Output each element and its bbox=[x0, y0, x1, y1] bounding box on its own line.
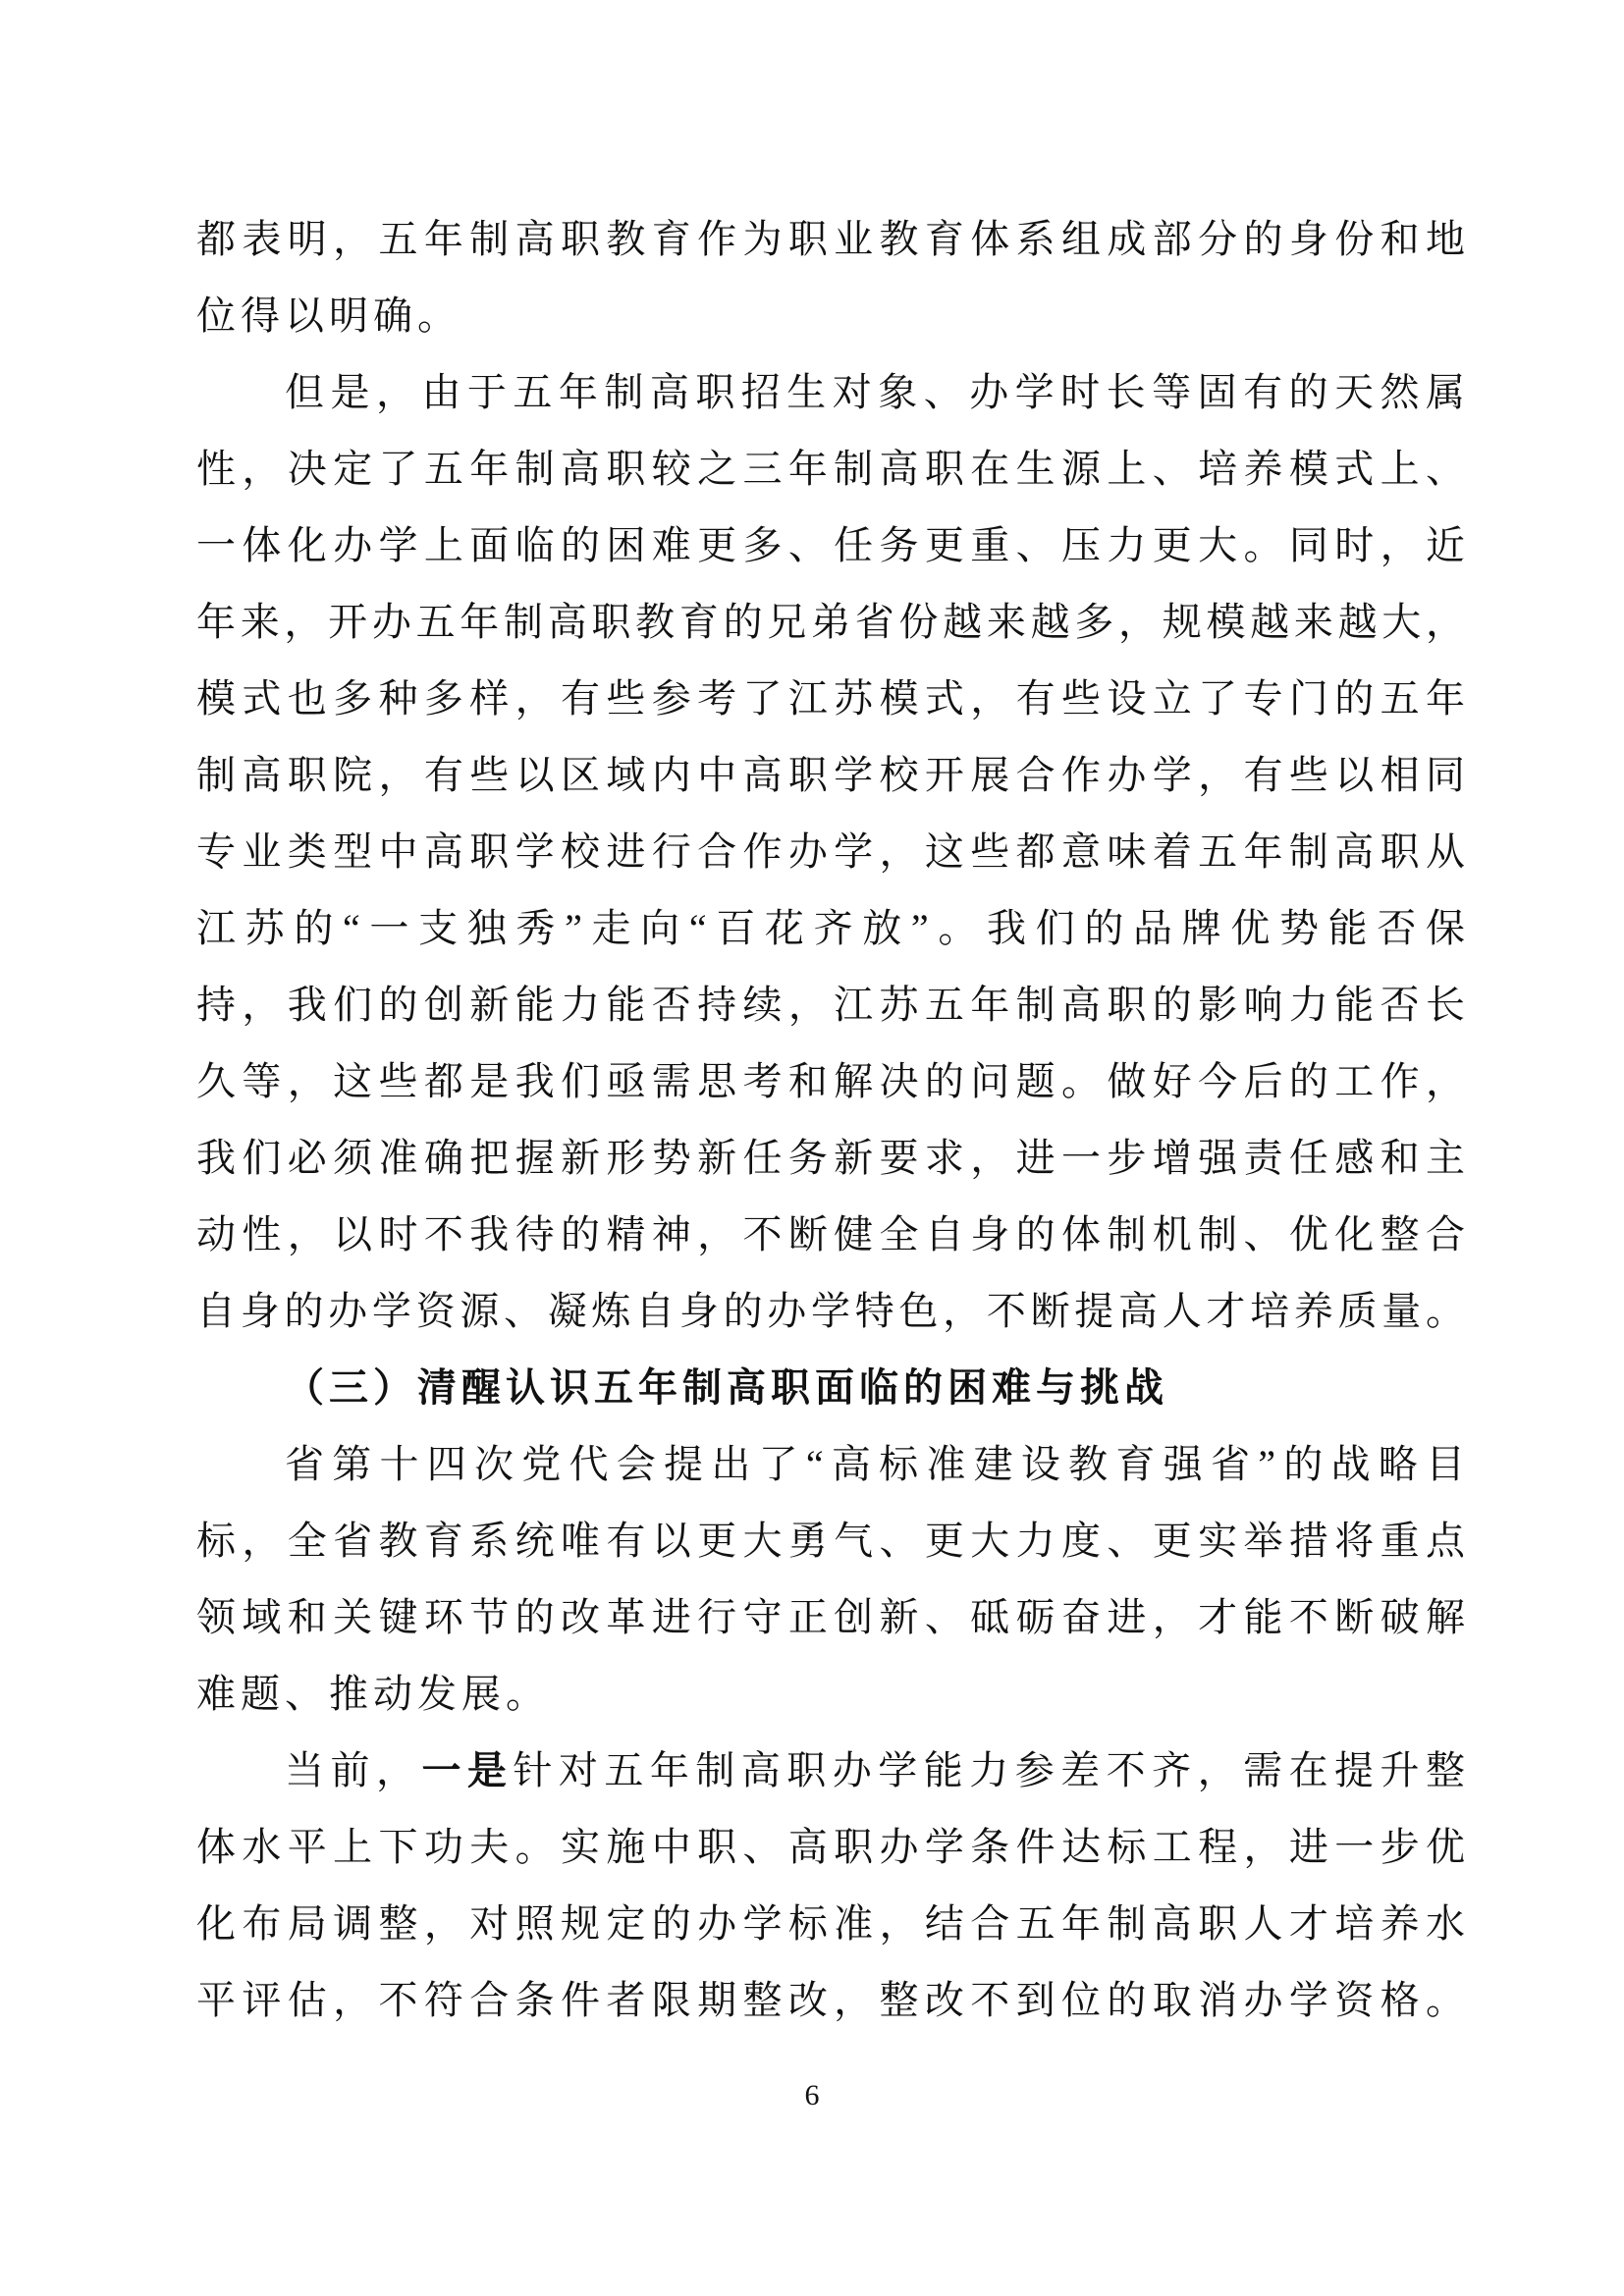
text-line: 专业类型中高职学校进行合作办学，这些都意味着五年制高职从 bbox=[196, 814, 1465, 890]
text-segment: 都表明，五年制高职教育作为职业教育体系组成部分的身份和地 bbox=[196, 217, 1465, 261]
text-segment: 制高职院，有些以区域内中高职学校开展合作办学，有些以相同 bbox=[196, 753, 1465, 797]
text-segment: 针对五年制高职办学能力参差不齐，需在提升整 bbox=[513, 1748, 1465, 1792]
text-line: 化布局调整，对照规定的办学标准，结合五年制高职人才培养水 bbox=[196, 1886, 1465, 1962]
bold-text-segment: 一是 bbox=[421, 1749, 513, 1792]
text-segment: 省第十四次党代会提出了“高标准建设教育强省”的战略目 bbox=[285, 1442, 1465, 1486]
text-segment: 标，全省教育系统唯有以更大勇气、更大力度、更实举措将重点 bbox=[196, 1519, 1465, 1563]
text-line: 难题、推动发展。 bbox=[196, 1656, 1465, 1733]
text-segment: 年来，开办五年制高职教育的兄弟省份越来越多，规模越来越大， bbox=[196, 600, 1465, 644]
text-segment: 体水平上下功夫。实施中职、高职办学条件达标工程，进一步优 bbox=[196, 1825, 1465, 1869]
text-line: 动性，以时不我待的精神，不断健全自身的体制机制、优化整合 bbox=[196, 1197, 1465, 1273]
text-line: 都表明，五年制高职教育作为职业教育体系组成部分的身份和地 bbox=[196, 201, 1465, 278]
text-line: 但是，由于五年制高职招生对象、办学时长等固有的天然属 bbox=[196, 354, 1465, 431]
text-line: 体水平上下功夫。实施中职、高职办学条件达标工程，进一步优 bbox=[196, 1809, 1465, 1886]
text-line: 模式也多种多样，有些参考了江苏模式，有些设立了专门的五年 bbox=[196, 661, 1465, 737]
text-segment: 专业类型中高职学校进行合作办学，这些都意味着五年制高职从 bbox=[196, 829, 1465, 874]
text-line: 江苏的“一支独秀”走向“百花齐放”。我们的品牌优势能否保 bbox=[196, 890, 1465, 967]
text-segment: 自身的办学资源、凝炼自身的办学特色，不断提高人才培养质量。 bbox=[196, 1289, 1465, 1333]
text-line: （三）清醒认识五年制高职面临的困难与挑战 bbox=[196, 1350, 1465, 1426]
text-segment: 位得以明确。 bbox=[196, 294, 461, 338]
text-line: 我们必须准确把握新形势新任务新要求，进一步增强责任感和主 bbox=[196, 1120, 1465, 1197]
document-page: 都表明，五年制高职教育作为职业教育体系组成部分的身份和地位得以明确。但是，由于五… bbox=[0, 0, 1624, 2296]
text-line: 制高职院，有些以区域内中高职学校开展合作办学，有些以相同 bbox=[196, 737, 1465, 814]
text-segment: 持，我们的创新能力能否持续，江苏五年制高职的影响力能否长 bbox=[196, 983, 1465, 1027]
text-line: 平评估，不符合条件者限期整改，整改不到位的取消办学资格。 bbox=[196, 1962, 1465, 2039]
text-line: 一体化办学上面临的困难更多、任务更重、压力更大。同时，近 bbox=[196, 507, 1465, 584]
text-segment: 江苏的“一支独秀”走向“百花齐放”。我们的品牌优势能否保 bbox=[196, 906, 1465, 950]
text-line: 标，全省教育系统唯有以更大勇气、更大力度、更实举措将重点 bbox=[196, 1503, 1465, 1579]
text-segment: 但是，由于五年制高职招生对象、办学时长等固有的天然属 bbox=[285, 370, 1465, 414]
page-number: 6 bbox=[805, 2079, 820, 2111]
text-segment: 模式也多种多样，有些参考了江苏模式，有些设立了专门的五年 bbox=[196, 676, 1465, 721]
text-line: 省第十四次党代会提出了“高标准建设教育强省”的战略目 bbox=[196, 1426, 1465, 1503]
text-segment: 我们必须准确把握新形势新任务新要求，进一步增强责任感和主 bbox=[196, 1136, 1465, 1180]
text-segment: 难题、推动发展。 bbox=[196, 1672, 550, 1716]
document-body: 都表明，五年制高职教育作为职业教育体系组成部分的身份和地位得以明确。但是，由于五… bbox=[196, 201, 1465, 2039]
text-line: 持，我们的创新能力能否持续，江苏五年制高职的影响力能否长 bbox=[196, 967, 1465, 1043]
text-segment: 动性，以时不我待的精神，不断健全自身的体制机制、优化整合 bbox=[196, 1212, 1465, 1256]
text-segment: 当前， bbox=[285, 1748, 421, 1792]
text-line: 年来，开办五年制高职教育的兄弟省份越来越多，规模越来越大， bbox=[196, 584, 1465, 661]
text-segment: 领域和关键环节的改革进行守正创新、砥砺奋进，才能不断破解 bbox=[196, 1595, 1465, 1639]
text-line: 自身的办学资源、凝炼自身的办学特色，不断提高人才培养质量。 bbox=[196, 1273, 1465, 1350]
text-segment: 平评估，不符合条件者限期整改，整改不到位的取消办学资格。 bbox=[196, 1978, 1465, 2022]
text-segment: 性，决定了五年制高职较之三年制高职在生源上、培养模式上、 bbox=[196, 447, 1465, 491]
text-line: 位得以明确。 bbox=[196, 278, 1465, 354]
text-line: 领域和关键环节的改革进行守正创新、砥砺奋进，才能不断破解 bbox=[196, 1579, 1465, 1656]
page-footer: 6 bbox=[0, 2079, 1624, 2112]
text-line: 当前，一是针对五年制高职办学能力参差不齐，需在提升整 bbox=[196, 1733, 1465, 1809]
text-segment: 久等，这些都是我们亟需思考和解决的问题。做好今后的工作， bbox=[196, 1059, 1465, 1103]
text-segment: 化布局调整，对照规定的办学标准，结合五年制高职人才培养水 bbox=[196, 1901, 1465, 1946]
text-line: 性，决定了五年制高职较之三年制高职在生源上、培养模式上、 bbox=[196, 431, 1465, 507]
bold-text-segment: （三）清醒认识五年制高职面临的困难与挑战 bbox=[285, 1366, 1168, 1410]
text-segment: 一体化办学上面临的困难更多、任务更重、压力更大。同时，近 bbox=[196, 523, 1465, 567]
text-line: 久等，这些都是我们亟需思考和解决的问题。做好今后的工作， bbox=[196, 1043, 1465, 1120]
